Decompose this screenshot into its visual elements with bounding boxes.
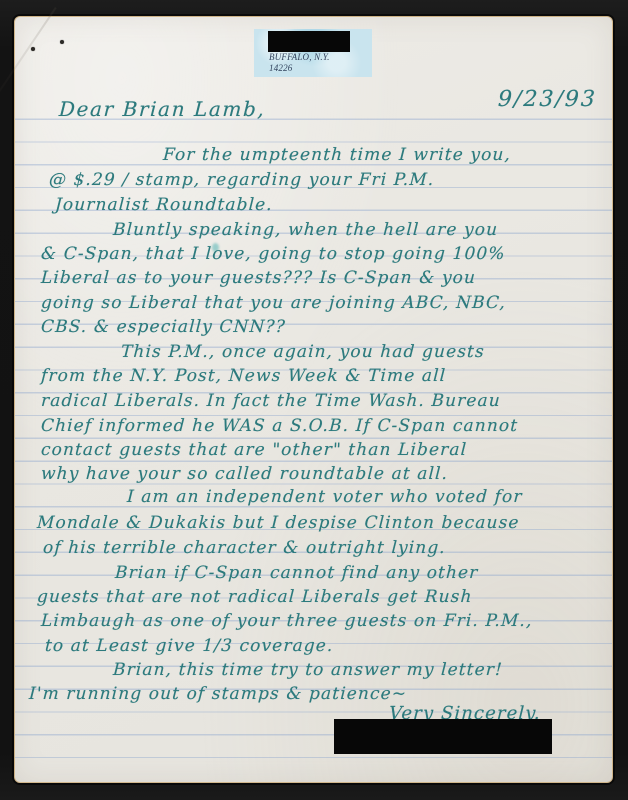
letter-line: & C-Span, that I love, going to stop goi… [40,244,506,264]
letter-line: Brian if C-Span cannot find any other [114,563,478,583]
letter-line: contact guests that are "other" than Lib… [40,440,467,460]
letter-line: radical Liberals. In fact the Time Wash.… [40,391,501,411]
letter-line: Mondale & Dukakis but I despise Clinton … [36,513,520,533]
letter-line: Chief informed he WAS a S.O.B. If C-Span… [40,416,518,436]
letter-date: 9/23/93 [497,87,597,112]
postmark-text: BUFFALO, N.Y. 14226 [269,52,330,74]
letter-line: of his terrible character & outright lyi… [42,538,446,558]
letter-line: why have your so called roundtable at al… [40,464,448,484]
letter-line: Journalist Roundtable. [54,195,273,215]
letter-line: I'm running out of stamps & patience~ [28,684,407,704]
letter-salutation: Dear Brian Lamb, [58,97,266,121]
postmark-city: BUFFALO, N.Y. [269,52,330,63]
letter-line: Brian, this time try to answer my letter… [112,660,503,680]
letter-page: BUFFALO, N.Y. 14226 9/23/93 Dear Brian L… [14,16,613,783]
letter-line: going so Liberal that you are joining AB… [40,293,506,313]
letter-line: @ $.29 / stamp, regarding your Fri P.M. [48,170,434,190]
letter-line: For the umpteenth time I write you, [162,145,511,165]
staple-mark [60,40,64,44]
letter-line: This P.M., once again, you had guests [120,342,485,362]
letter-line: Liberal as to your guests??? Is C-Span &… [40,268,476,288]
letter-line: CBS. & especially CNN?? [40,317,286,337]
letter-line: Bluntly speaking, when the hell are you [112,220,498,240]
staple-mark [31,47,35,51]
letter-line: Limbaugh as one of your three guests on … [40,611,533,631]
letter-line: guests that are not radical Liberals get… [36,587,473,607]
redaction-bar-signature [334,719,552,754]
redaction-bar-postmark [268,31,350,52]
postmark-zip: 14226 [269,63,330,74]
letter-line: to at Least give 1/3 coverage. [44,636,334,656]
letter-line: I am an independent voter who voted for [126,487,523,507]
postmark-label: BUFFALO, N.Y. 14226 [254,29,372,77]
letter-line: from the N.Y. Post, News Week & Time all [40,366,446,386]
